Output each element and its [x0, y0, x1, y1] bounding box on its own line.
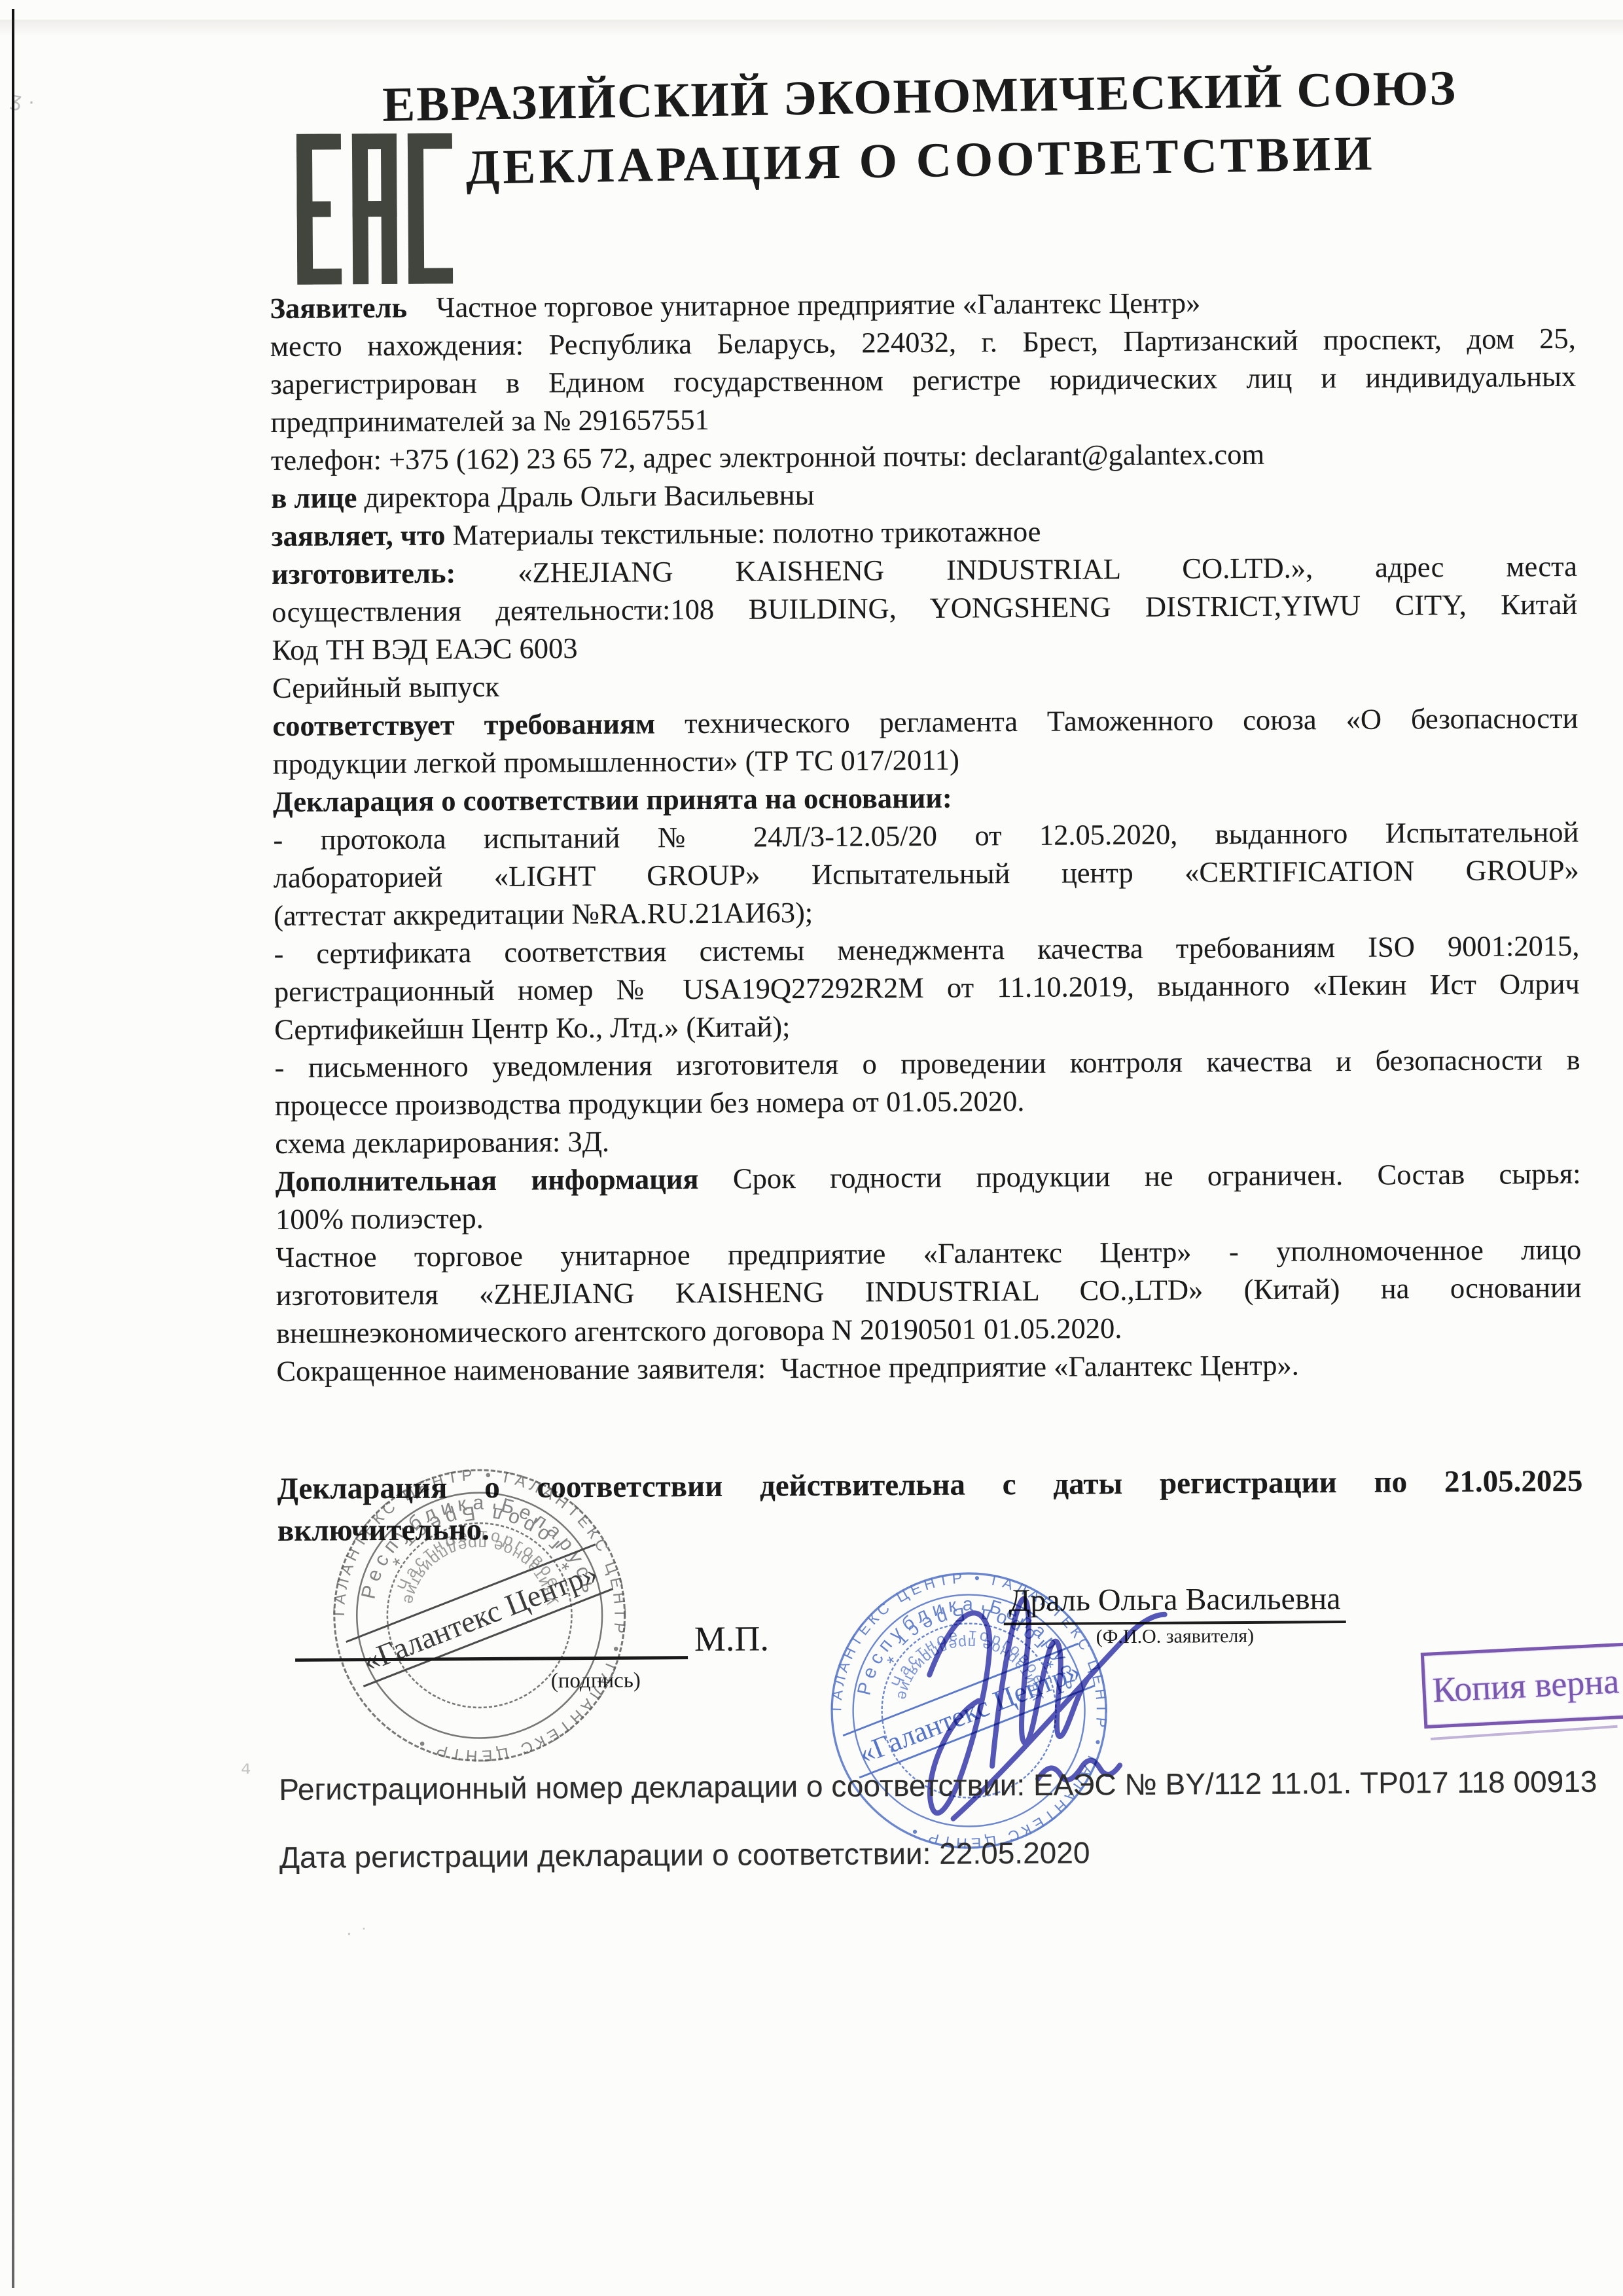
scan-edge-line	[12, 9, 14, 2288]
scanned-declaration-page: ЕВРАЗИЙСКИЙ ЭКОНОМИЧЕСКИЙ СОЮЗ ДЕКЛАРАЦИ…	[0, 0, 1623, 2296]
signature-caption: (подпись)	[494, 1668, 697, 1694]
text-line: регистрационный номер № USA19Q27292R2M о…	[274, 965, 1580, 1011]
text-line: изготовителя «ZHEJIANG KAISHENG INDUSTRI…	[276, 1268, 1582, 1314]
body-lines: Заявитель Частное торговое унитарное пре…	[270, 281, 1582, 1390]
document-sheet: ЕВРАЗИЙСКИЙ ЭКОНОМИЧЕСКИЙ СОЮЗ ДЕКЛАРАЦИ…	[0, 0, 1623, 2296]
pencil-mark-left-margin: ⁴	[241, 1759, 251, 1787]
registration-number-line: Регистрационный номер декларации о соотв…	[279, 1764, 1588, 1807]
text-line: Дополнительная информация Срок годности …	[275, 1155, 1580, 1200]
copy-stamp-smudge	[1431, 1725, 1618, 1740]
text-line: зарегистрирован в Едином государственном…	[270, 357, 1576, 403]
copy-correct-stamp: Копия верна	[1421, 1643, 1623, 1729]
title-block: ЕВРАЗИЙСКИЙ ЭКОНОМИЧЕСКИЙ СОЮЗ ДЕКЛАРАЦИ…	[274, 54, 1565, 203]
handwritten-signature	[853, 1568, 1196, 1845]
text-line: соответствует требованиям технического р…	[272, 699, 1578, 745]
scan-edge-shadow	[0, 20, 1623, 37]
text-line: осуществления деятельности:108 BUILDING,…	[272, 585, 1577, 631]
round-stamp-grey: ГАЛАНТЕКС ЦЕНТР • ГАЛАНТЕКС ЦЕНТР • ГАЛА…	[326, 1462, 633, 1769]
text-line: Сокращенное наименование заявителя: Част…	[276, 1344, 1582, 1390]
eac-mark-icon	[296, 133, 453, 285]
pencil-mark-bottom: ᛫ ˙	[344, 1926, 368, 1945]
text-line: - письменного уведомления изготовителя о…	[274, 1041, 1580, 1086]
mp-label: М.П.	[694, 1618, 769, 1659]
registration-date-line: Дата регистрации декларации о соответств…	[279, 1832, 1588, 1875]
text-line: лабораторией «LIGHT GROUP» Испытательный…	[274, 851, 1579, 897]
